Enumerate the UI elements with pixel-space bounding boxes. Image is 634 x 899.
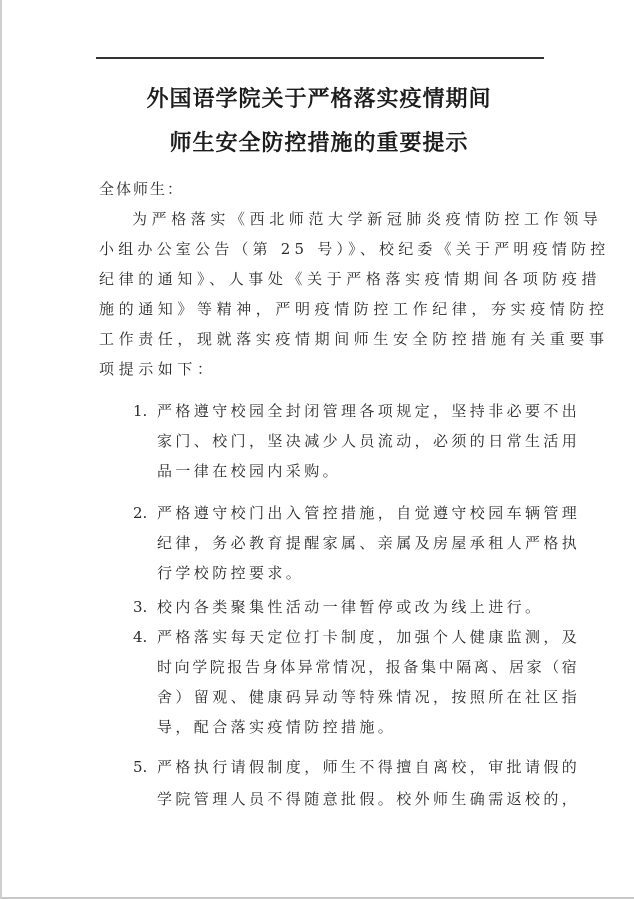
list-item-number: 5. <box>133 757 147 777</box>
list-item-line: 导，配合落实疫情防控措施。 <box>157 717 396 737</box>
list-item-line: 品一律在校园内采购。 <box>157 461 341 481</box>
intro-line: 纪律的通知》、人事处《关于严格落实疫情期间各项防疫措 <box>99 269 601 289</box>
list-item-line: 舍）留观、健康码异动等特殊情况，按照所在社区指 <box>157 687 580 707</box>
intro-line: 工作责任，现就落实疫情期间师生安全防控措施有关重要事 <box>99 329 609 349</box>
list-item-line: 纪律，务必教育提醒家属、亲属及房屋承租人严格执 <box>157 533 580 553</box>
intro-line: 小组办公室公告（第 25 号）》、校纪委《关于严明疫情防控 <box>99 239 609 259</box>
list-item-line: 严格遵守校门出入管控措施，自觉遵守校园车辆管理 <box>157 503 580 523</box>
intro-line: 施的通知》等精神，严明疫情防控工作纪律，夯实疫情防控 <box>99 299 609 319</box>
list-item-line: 严格执行请假制度，师生不得擅自离校，审批请假的 <box>157 757 580 777</box>
list-item-number: 1. <box>133 401 147 421</box>
list-item-line: 时向学院报告身体异常情况，报备集中隔离、居家（宿 <box>157 657 579 677</box>
list-item-line: 学院管理人员不得随意批假。校外师生确需返校的， <box>157 789 580 809</box>
list-item-line: 严格落实每天定位打卡制度，加强个人健康监测，及 <box>157 627 580 647</box>
salutation: 全体师生： <box>99 179 184 199</box>
list-item-line: 严格遵守校园全封闭管理各项规定，坚持非必要不出 <box>157 401 580 421</box>
intro-line: 项提示如下： <box>99 359 217 379</box>
list-item-number: 3. <box>133 597 147 617</box>
list-item-number: 2. <box>133 503 147 523</box>
document-title-line-1: 外国语学院关于严格落实疫情期间 <box>2 82 634 113</box>
intro-line: 为严格落实《西北师范大学新冠肺炎疫情防控工作领导 <box>132 209 602 229</box>
document-page: 外国语学院关于严格落实疫情期间 师生安全防控措施的重要提示 全体师生： 为严格落… <box>0 0 634 899</box>
list-item-number: 4. <box>133 627 147 647</box>
document-title-line-2: 师生安全防控措施的重要提示 <box>2 126 634 157</box>
list-item-line: 校内各类聚集性活动一律暂停或改为线上进行。 <box>157 597 543 617</box>
header-rule-divider <box>96 57 544 59</box>
list-item-line: 家门、校门，坚决减少人员流动，必须的日常生活用 <box>157 431 580 451</box>
list-item-line: 行学校防控要求。 <box>157 563 304 583</box>
